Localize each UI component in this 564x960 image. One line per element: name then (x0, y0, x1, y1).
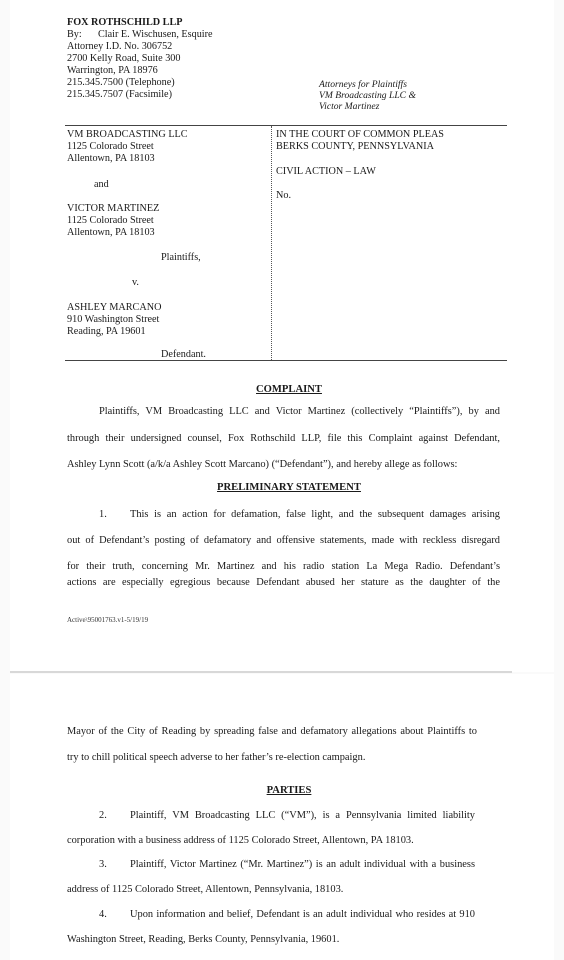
para3-number: 3. (99, 859, 107, 870)
document-footer-id: Active\95001763.v1-5/19/19 (67, 616, 148, 624)
plaintiff1-street: 1125 Colorado Street (67, 141, 154, 153)
firm-address-line1: 2700 Kelly Road, Suite 300 (67, 53, 180, 65)
complaint-heading: COMPLAINT (0, 384, 564, 395)
case-number-label: No. (276, 190, 291, 202)
para1-number: 1. (99, 509, 107, 520)
attorneys-for-line3: Victor Martinez (319, 102, 379, 113)
caption-top-rule (65, 125, 507, 126)
para1-line-1: This is an action for defamation, false … (130, 509, 500, 520)
continuation-line-2: try to chill political speech adverse to… (67, 752, 365, 763)
para1-line-3: for their truth, concerning Mr. Martinez… (67, 561, 500, 572)
defendant-street: 910 Washington Street (67, 314, 159, 326)
defendant-label: Defendant. (161, 349, 206, 361)
court-name-line1: IN THE COURT OF COMMON PLEAS (276, 129, 444, 141)
court-name-line2: BERKS COUNTY, PENNSYLVANIA (276, 141, 434, 153)
defendant-city: Reading, PA 19601 (67, 326, 146, 338)
attorneys-for-line2: VM Broadcasting LLC & (319, 91, 416, 102)
para4-line-2: Washington Street, Reading, Berks County… (67, 934, 339, 945)
preliminary-statement-heading: PRELIMINARY STATEMENT (0, 482, 564, 493)
plaintiff1-city: Allentown, PA 18103 (67, 153, 155, 165)
para4-number: 4. (99, 909, 107, 920)
by-label: By: (67, 29, 82, 41)
caption-divider (271, 126, 272, 360)
intro-line-2: through their undersigned counsel, Fox R… (67, 433, 500, 444)
continuation-line-1: Mayor of the City of Reading by spreadin… (67, 726, 477, 737)
plaintiffs-label: Plaintiffs, (161, 252, 201, 264)
caption-bottom-rule (65, 360, 507, 361)
attorneys-for-line1: Attorneys for Plaintiffs (319, 80, 407, 91)
action-type: CIVIL ACTION – LAW (276, 166, 376, 178)
parties-heading: PARTIES (0, 785, 564, 796)
firm-name: FOX ROTHSCHILD LLP (67, 17, 182, 29)
para3-line-2: address of 1125 Colorado Street, Allento… (67, 884, 343, 895)
plaintiff2-name: VICTOR MARTINEZ (67, 203, 159, 215)
plaintiff1-name: VM BROADCASTING LLC (67, 129, 188, 141)
plaintiff2-city: Allentown, PA 18103 (67, 227, 155, 239)
para2-line-2: corporation with a business address of 1… (67, 835, 414, 846)
para3-line-1: Plaintiff, Victor Martinez (“Mr. Martine… (130, 859, 475, 870)
and-label: and (94, 179, 109, 191)
attorney-name: Clair E. Wischusen, Esquire (98, 29, 213, 41)
para1-line-2: out of Defendant’s posting of defamatory… (67, 535, 500, 546)
para1-line-4: actions are especially egregious because… (67, 577, 500, 588)
plaintiff2-street: 1125 Colorado Street (67, 215, 154, 227)
attorney-id: Attorney I.D. No. 306752 (67, 41, 172, 53)
defendant-name: ASHLEY MARCANO (67, 302, 161, 314)
versus-label: v. (132, 277, 139, 289)
intro-line-3: Ashley Lynn Scott (a/k/a Ashley Scott Ma… (67, 459, 457, 470)
intro-line-1: Plaintiffs, VM Broadcasting LLC and Vict… (99, 406, 500, 417)
para2-line-1: Plaintiff, VM Broadcasting LLC (“VM”), i… (130, 810, 475, 821)
firm-telephone: 215.345.7500 (Telephone) (67, 77, 175, 89)
para4-line-1: Upon information and belief, Defendant i… (130, 909, 475, 920)
firm-facsimile: 215.345.7507 (Facsimile) (67, 89, 172, 101)
page-separator (10, 671, 512, 673)
firm-address-line2: Warrington, PA 18976 (67, 65, 158, 77)
para2-number: 2. (99, 810, 107, 821)
